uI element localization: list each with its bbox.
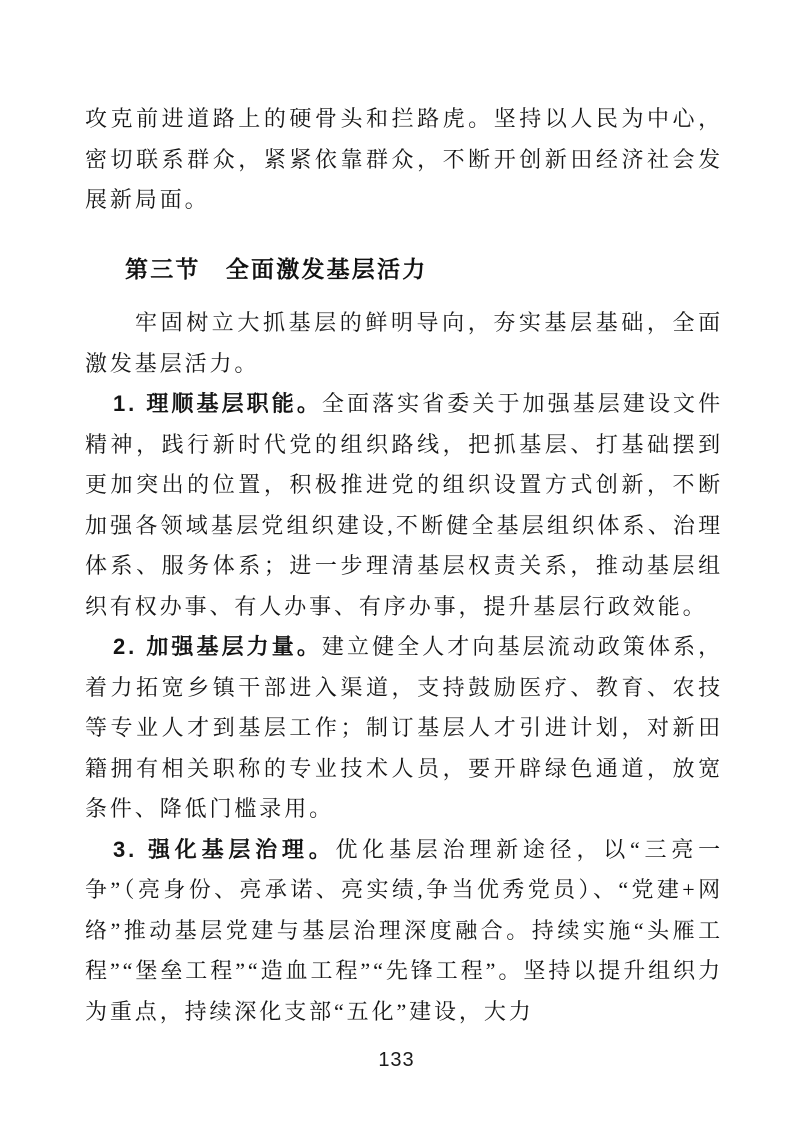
document-page: 攻克前进道路上的硬骨头和拦路虎。坚持以人民为中心，密切联系群众，紧紧依靠群众，不… <box>0 0 793 1122</box>
text-column: 攻克前进道路上的硬骨头和拦路虎。坚持以人民为中心，密切联系群众，紧紧依靠群众，不… <box>85 99 723 1032</box>
item-3-lead: 3. 强化基层治理。 <box>113 837 335 862</box>
item-1-lead: 1. 理顺基层职能。 <box>113 391 322 416</box>
section-heading: 第三节 全面激发基层活力 <box>85 249 723 290</box>
item-3-text: 优化基层治理新途径，以“三亮一争”（亮身份、亮承诺、亮实绩,争当优秀党员）、“党… <box>85 837 723 1024</box>
paragraph-item-2: 2. 加强基层力量。建立健全人才向基层流动政策体系，着力拓宽乡镇干部进入渠道，支… <box>85 627 723 830</box>
paragraph-intro: 牢固树立大抓基层的鲜明导向，夯实基层基础，全面激发基层活力。 <box>85 303 723 384</box>
page-number: 133 <box>0 1046 793 1074</box>
item-2-text: 建立健全人才向基层流动政策体系，着力拓宽乡镇干部进入渠道，支持鼓励医疗、教育、农… <box>85 634 723 821</box>
item-2-lead: 2. 加强基层力量。 <box>113 634 322 659</box>
item-1-text: 全面落实省委关于加强基层建设文件精神，践行新时代党的组织路线，把抓基层、打基础摆… <box>85 391 723 619</box>
paragraph-item-3: 3. 强化基层治理。优化基层治理新途径，以“三亮一争”（亮身份、亮承诺、亮实绩,… <box>85 830 723 1033</box>
paragraph-continuation: 攻克前进道路上的硬骨头和拦路虎。坚持以人民为中心，密切联系群众，紧紧依靠群众，不… <box>85 99 723 221</box>
paragraph-item-1: 1. 理顺基层职能。全面落实省委关于加强基层建设文件精神，践行新时代党的组织路线… <box>85 384 723 627</box>
